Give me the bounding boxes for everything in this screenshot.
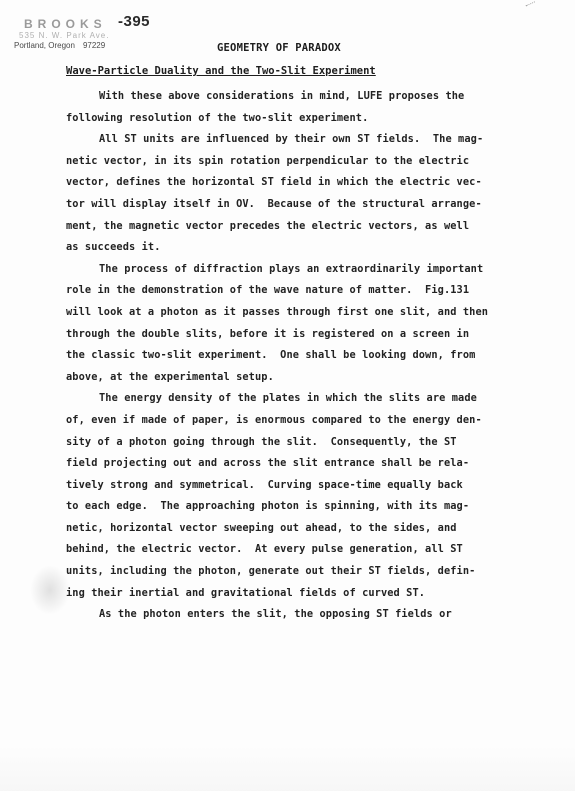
text-line: sity of a photon going through the slit.… xyxy=(66,432,546,454)
text-line: units, including the photon, generate ou… xyxy=(66,561,546,583)
text-line: to each edge. The approaching photon is … xyxy=(66,496,546,518)
text-line: netic, horizontal vector sweeping out ah… xyxy=(66,518,546,540)
stamp-address: Portland, Oregon97229 xyxy=(14,41,105,50)
stamp-zip: 97229 xyxy=(83,41,105,50)
text-line: The process of diffraction plays an extr… xyxy=(66,259,546,281)
text-line: tor will display itself in OV. Because o… xyxy=(66,194,546,216)
section-heading: Wave-Particle Duality and the Two-Slit E… xyxy=(66,65,376,77)
body-text: With these above considerations in mind,… xyxy=(66,86,546,626)
stamp-number: -395 xyxy=(118,13,150,30)
document-page: BROOKS -395 535 N. W. Park Ave. Portland… xyxy=(0,0,575,791)
stamp-street: 535 N. W. Park Ave. xyxy=(19,31,109,40)
stamp-name: BROOKS xyxy=(24,17,107,31)
text-line: of, even if made of paper, is enormous c… xyxy=(66,410,546,432)
text-line: vector, defines the horizontal ST field … xyxy=(66,172,546,194)
text-line: ing their inertial and gravitational fie… xyxy=(66,583,546,605)
text-line: the classic two-slit experiment. One sha… xyxy=(66,345,546,367)
text-line: through the double slits, before it is r… xyxy=(66,324,546,346)
text-line: As the photon enters the slit, the oppos… xyxy=(66,604,546,626)
stamp-city: Portland, Oregon xyxy=(14,41,75,50)
page-title: GEOMETRY OF PARADOX xyxy=(217,42,341,54)
text-line: above, at the experimental setup. xyxy=(66,367,546,389)
text-line: as succeeds it. xyxy=(66,237,546,259)
text-line: will look at a photon as it passes throu… xyxy=(66,302,546,324)
text-line: The energy density of the plates in whic… xyxy=(66,388,546,410)
text-line: tively strong and symmetrical. Curving s… xyxy=(66,475,546,497)
text-line: field projecting out and across the slit… xyxy=(66,453,546,475)
text-line: With these above considerations in mind,… xyxy=(66,86,546,108)
page-bleed-through xyxy=(0,746,575,791)
pencil-mark xyxy=(526,1,539,13)
text-line: netic vector, in its spin rotation perpe… xyxy=(66,151,546,173)
ink-smudge xyxy=(30,565,70,615)
text-line: All ST units are influenced by their own… xyxy=(66,129,546,151)
text-line: ment, the magnetic vector precedes the e… xyxy=(66,216,546,238)
text-line: following resolution of the two-slit exp… xyxy=(66,108,546,130)
text-line: behind, the electric vector. At every pu… xyxy=(66,539,546,561)
text-line: role in the demonstration of the wave na… xyxy=(66,280,546,302)
